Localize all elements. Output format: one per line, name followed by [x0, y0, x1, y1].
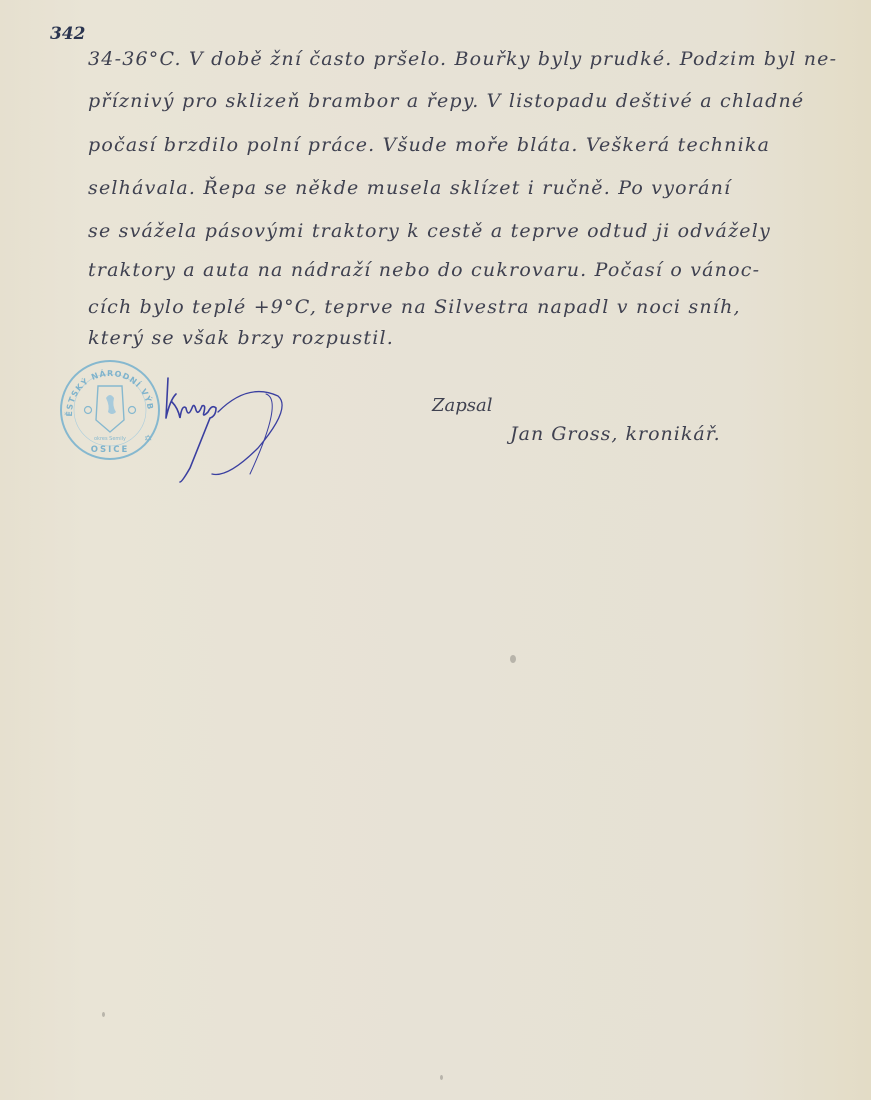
- svg-text:MĚSTSKÝ NÁRODNÍ VÝBOR: MĚSTSKÝ NÁRODNÍ VÝBOR: [58, 358, 155, 417]
- text-line-8: který se však brzy rozpustil.: [88, 327, 394, 349]
- text-line-3: počasí brzdilo polní práce. Všude moře b…: [88, 134, 770, 156]
- paper-speck: [102, 1012, 105, 1017]
- paper-speck: [440, 1075, 443, 1080]
- svg-text:OSICE: OSICE: [91, 445, 130, 455]
- svg-text:okres Semily: okres Semily: [94, 436, 126, 442]
- official-signature-icon: [150, 372, 300, 492]
- text-line-2: příznivý pro sklizeň brambor a řepy. V l…: [88, 90, 804, 112]
- recorded-by-label: Zapsal: [432, 395, 493, 416]
- text-line-7: cích bylo teplé +9°C, teprve na Silvestr…: [88, 296, 741, 318]
- official-stamp-icon: MĚSTSKÝ NÁRODNÍ VÝBOR okres Semily OSICE…: [58, 358, 162, 462]
- paper-speck: [510, 655, 516, 663]
- text-line-6: traktory a auta na nádraží nebo do cukro…: [88, 259, 760, 281]
- chronicler-signature: Jan Gross, kronikář.: [510, 423, 721, 445]
- text-line-1: 34-36°C. V době žní často pršelo. Bouřky…: [88, 48, 837, 70]
- chronicle-page: 342 34-36°C. V době žní často pršelo. Bo…: [0, 0, 871, 1100]
- page-number: 342: [50, 24, 86, 44]
- text-line-5: se svážela pásovými traktory k cestě a t…: [88, 220, 771, 242]
- text-line-4: selhávala. Řepa se někde musela sklízet …: [88, 177, 731, 199]
